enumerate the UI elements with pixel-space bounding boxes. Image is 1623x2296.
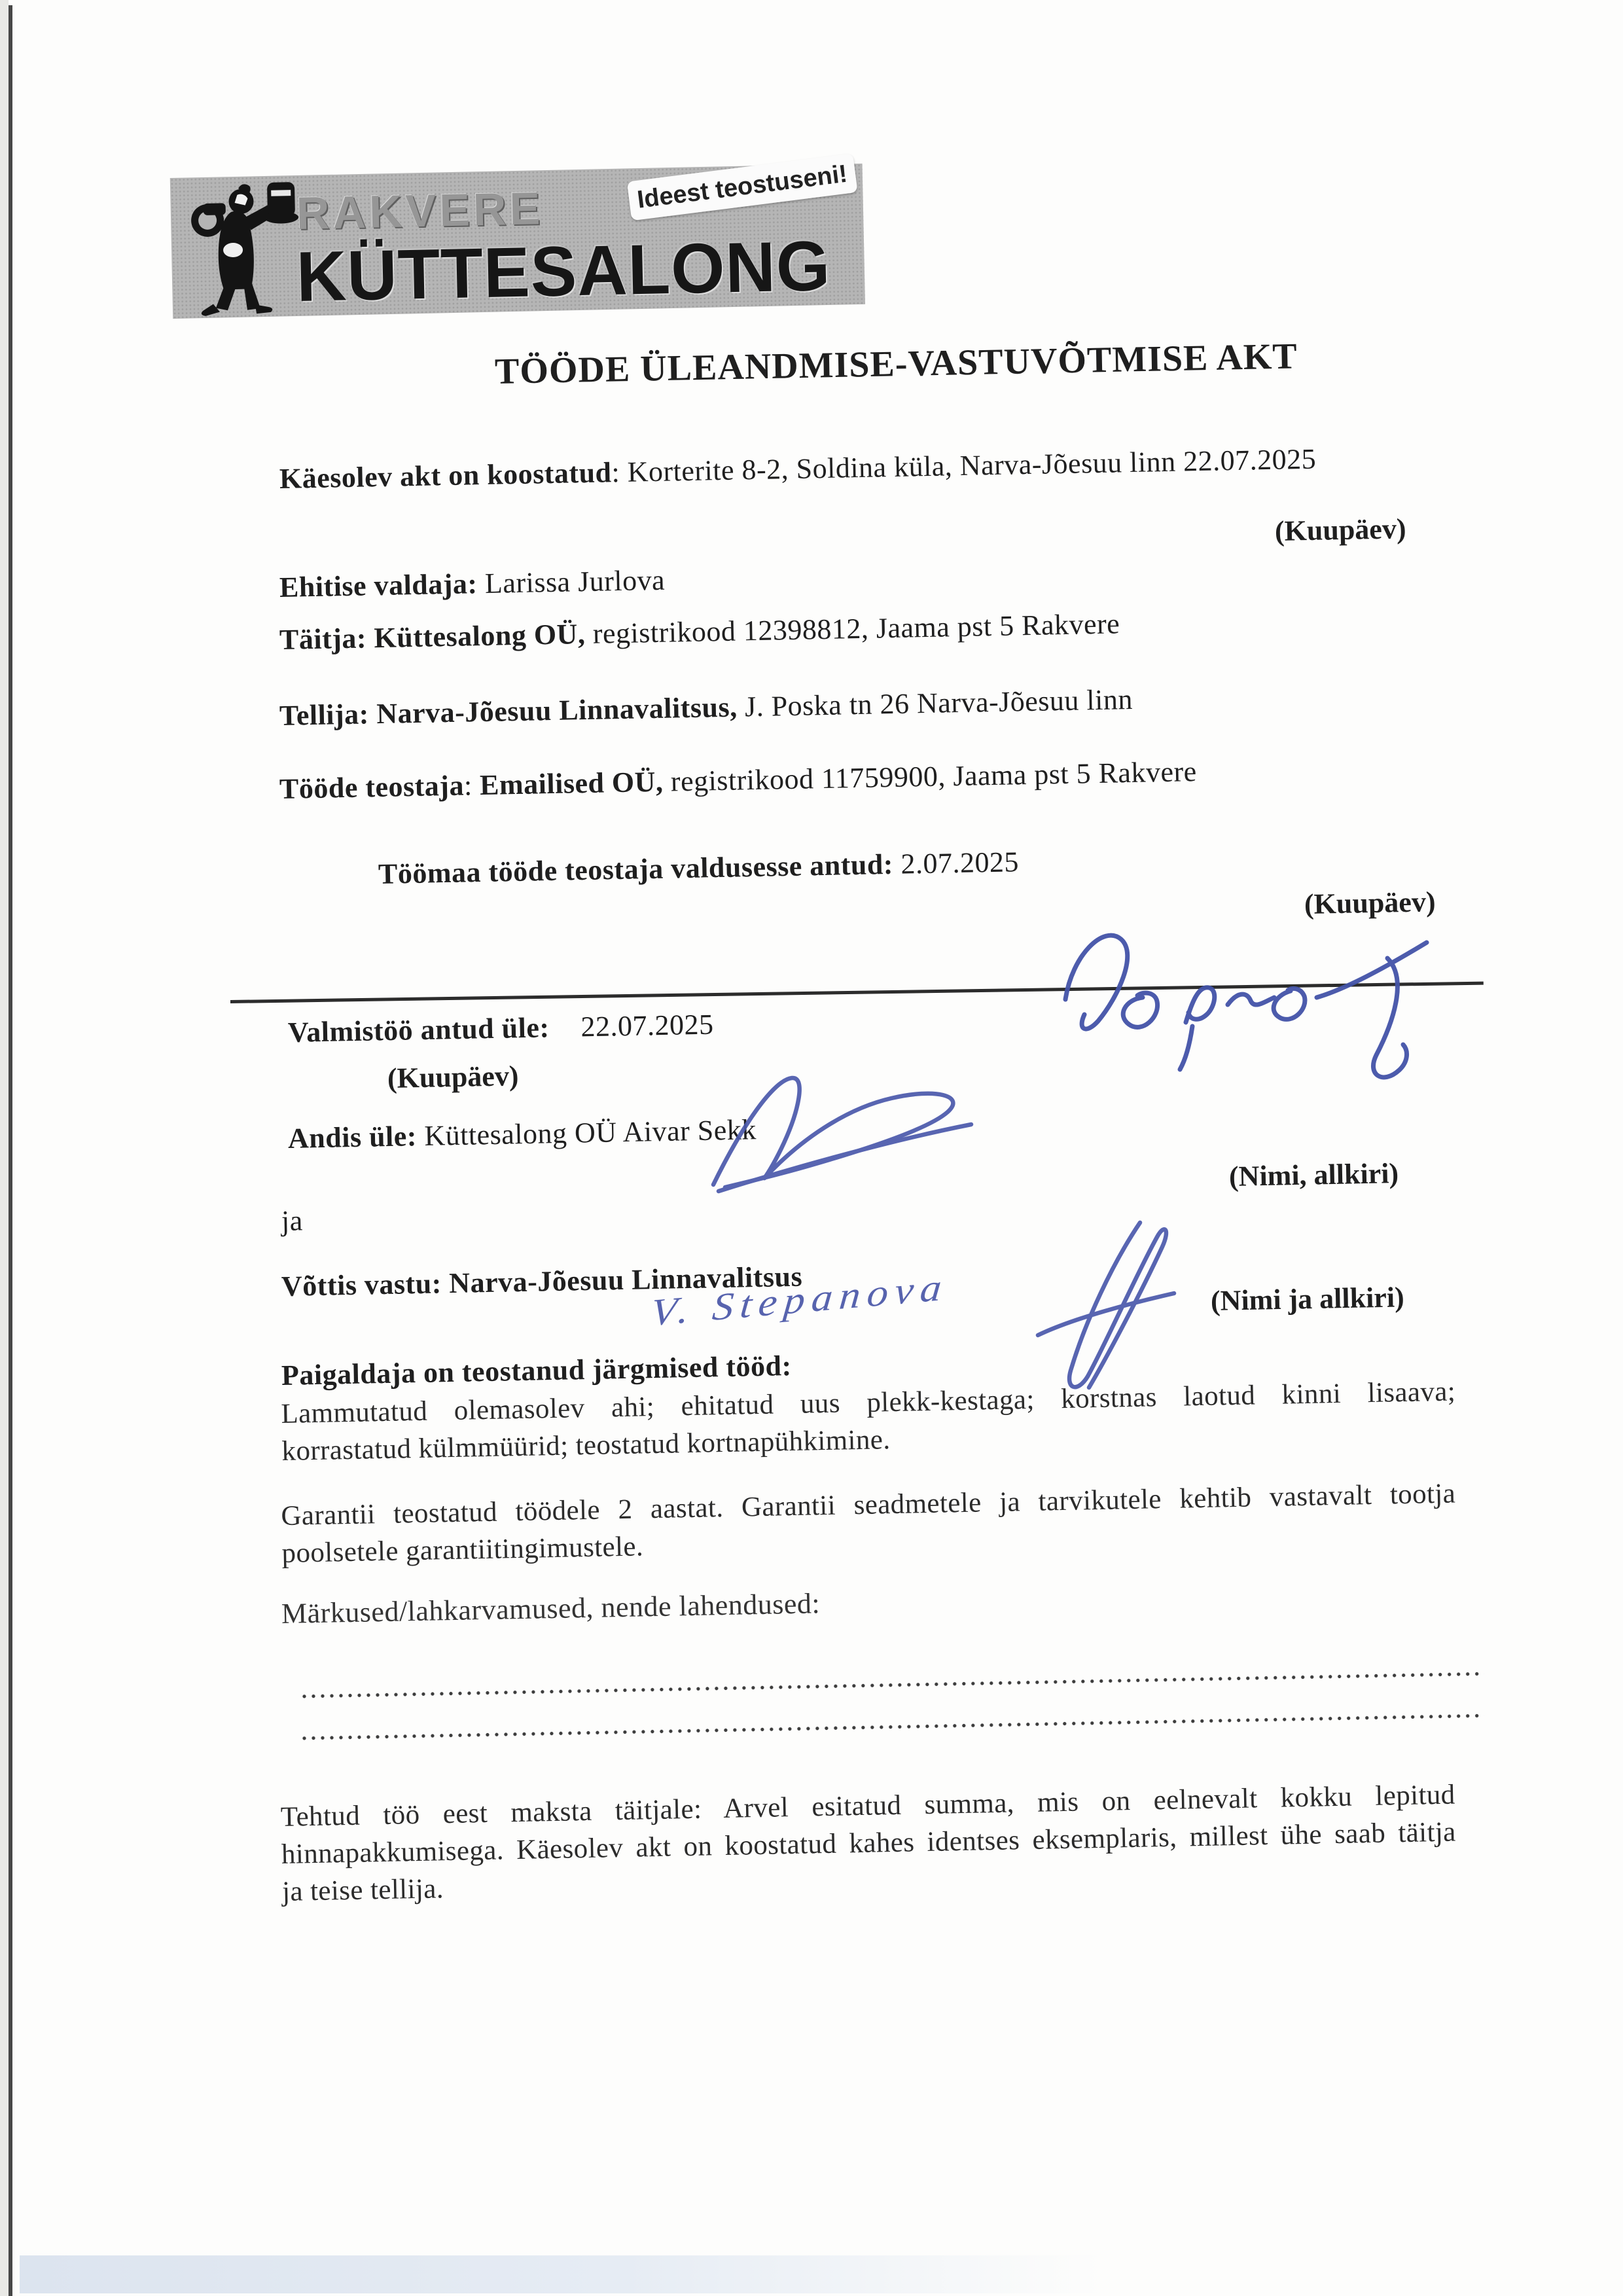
field-tellija-value: J. Poska tn 26 Narva-Jõesuu linn (737, 683, 1133, 723)
field-tellija: Tellija: Narva-Jõesuu Linnavalitsus, J. … (279, 683, 1133, 732)
logo-company-text: KÜTTESALONG (296, 224, 832, 317)
field-taitja-value: registrikood 12398812, Jaama pst 5 Rakve… (585, 607, 1120, 650)
field-ehitise-valdaja: Ehitise valdaja: Larissa Jurlova (279, 564, 666, 604)
field-valmistoo-date: 22.07.2025 (580, 1009, 714, 1043)
logo-tagline-text: Ideest teostuseni! (635, 160, 849, 214)
warranty-paragraph: Garantii teostatud töödele 2 aastat. Gar… (281, 1475, 1457, 1572)
field-andis-label: Andis üle: (288, 1120, 418, 1155)
signature-vottis-vastu (1000, 1212, 1196, 1405)
document-title: TÖÖDE ÜLEANDMISE-VASTUVÕTMISE AKT (494, 335, 1298, 393)
signature-toomaa (1047, 898, 1492, 1078)
date-caption-3: (Kuupäev) (387, 1059, 519, 1095)
signature-andis-ule (674, 1062, 1014, 1202)
date-caption-1: (Kuupäev) (1275, 512, 1406, 548)
scan-edge-line (9, 5, 12, 2296)
field-toomaa-label: Töömaa tööde teostaja valdusesse antud: (378, 848, 894, 890)
nimi-allkiri-caption: (Nimi, allkiri) (1229, 1157, 1399, 1193)
field-teostaja-name: Emailised OÜ, (480, 766, 664, 801)
payment-paragraph: Tehtud töö eest maksta täitjale: Arvel e… (280, 1776, 1457, 1910)
field-koostatud: Käesolev akt on koostatud: Korterite 8-2… (279, 442, 1317, 495)
field-koostatud-label: Käesolev akt on koostatud (279, 456, 612, 495)
word-ja: ja (281, 1204, 304, 1238)
remarks-label: Märkused/lahkarvamused, nende lahendused… (281, 1587, 821, 1630)
works-heading: Paigaldaja on teostanud järgmised tööd: (281, 1349, 793, 1392)
dotted-line-2 (300, 1713, 1484, 1741)
company-logo: RAKVERE Ideest teostuseni! KÜTTESALONG (170, 164, 865, 319)
field-teostaja-value: registrikood 11759900, Jaama pst 5 Rakve… (663, 755, 1197, 798)
scan-edge-band (0, 0, 9, 2296)
field-toomaa-date: 2.07.2025 (893, 846, 1019, 880)
logo-tagline-ribbon: Ideest teostuseni! (627, 153, 858, 221)
works-heading-text: Paigaldaja on teostanud järgmised tööd: (281, 1350, 793, 1391)
field-tellija-label: Tellija: Narva-Jõesuu Linnavalitsus, (279, 691, 738, 732)
field-ehitise-label: Ehitise valdaja: (279, 567, 478, 603)
document-page: RAKVERE Ideest teostuseni! KÜTTESALONG T… (0, 0, 1623, 2296)
field-teostaja-sep: : (463, 769, 480, 801)
field-toomaa: Töömaa tööde teostaja valdusesse antud: … (378, 845, 1020, 891)
chimney-sweep-icon (185, 178, 304, 317)
field-valmistoo-label: Valmistöö antud üle: (288, 1011, 550, 1049)
field-taitja: Täitja: Küttesalong OÜ, registrikood 123… (279, 607, 1120, 656)
dotted-line-1 (300, 1671, 1484, 1699)
field-taitja-label: Täitja: Küttesalong OÜ, (279, 618, 586, 656)
scan-bottom-strip (20, 2255, 1525, 2293)
field-ehitise-value: Larissa Jurlova (477, 564, 665, 600)
field-koostatud-value: : Korterite 8-2, Soldina küla, Narva-Jõe… (611, 443, 1317, 489)
field-teostaja-label: Tööde teostaja (279, 770, 465, 805)
nimi-ja-allkiri-caption: (Nimi ja allkiri) (1211, 1280, 1405, 1318)
field-valmistoo: Valmistöö antud üle:22.07.2025 (288, 1008, 714, 1049)
field-toode-teostaja: Tööde teostaja: Emailised OÜ, registriko… (279, 755, 1198, 806)
